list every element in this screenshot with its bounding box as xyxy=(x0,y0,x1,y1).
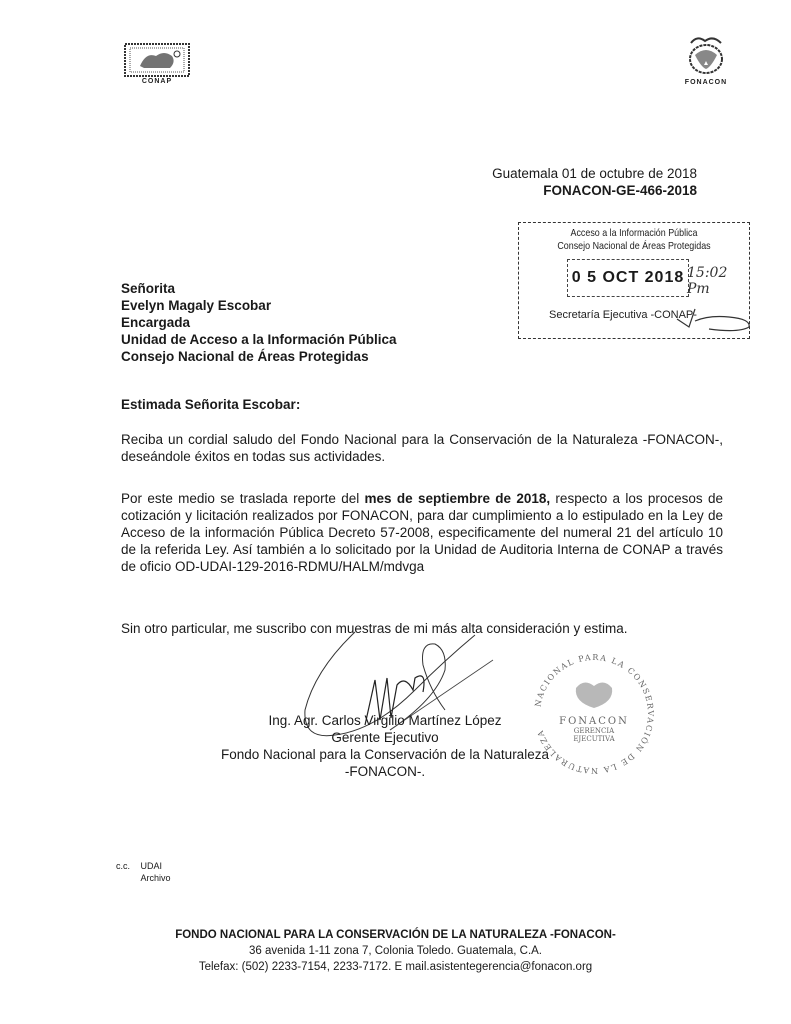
conap-logo-icon xyxy=(122,42,192,78)
stamp-line-2: Consejo Nacional de Áreas Protegidas xyxy=(536,240,732,253)
conap-logo: CONAP xyxy=(122,42,192,90)
seal-icon: NACIONAL PARA LA CONSERVACIÓN DE LA NATU… xyxy=(528,648,660,780)
recipient-position: Encargada xyxy=(121,314,397,331)
cc-item-udai: UDAI xyxy=(141,860,171,872)
footer-address: 36 avenida 1-11 zona 7, Colonia Toledo. … xyxy=(0,943,791,959)
stamp-initials-icon xyxy=(669,301,754,333)
document-reference: FONACON-GE-466-2018 xyxy=(492,182,697,199)
recipient-organization: Consejo Nacional de Áreas Protegidas xyxy=(121,348,397,365)
fonacon-logo-caption: FONACON xyxy=(675,79,737,86)
fonacon-logo: FONACON xyxy=(675,33,737,91)
svg-text:NACIONAL PARA LA CONSERVACIÓN: NACIONAL PARA LA CONSERVACIÓN DE LA NATU… xyxy=(533,653,655,775)
recipient-block: Señorita Evelyn Magaly Escobar Encargada… xyxy=(121,280,397,365)
paragraph-2-intro: Por este medio se traslada reporte del xyxy=(121,491,365,506)
fonacon-seal: NACIONAL PARA LA CONSERVACIÓN DE LA NATU… xyxy=(528,648,660,780)
recipient-name: Evelyn Magaly Escobar xyxy=(121,297,397,314)
signer-position: Gerente Ejecutivo xyxy=(205,729,565,746)
stamp-handwritten-time: 15:02 Pm xyxy=(687,265,749,297)
seal-ring-text: NACIONAL PARA LA CONSERVACIÓN DE LA NATU… xyxy=(533,653,655,775)
salutation: Estimada Señorita Escobar: xyxy=(121,397,300,412)
body-paragraph-2: Por este medio se traslada reporte del m… xyxy=(121,490,723,575)
stamp-date: 0 5 OCT 2018 xyxy=(567,259,689,297)
signer-organization: Fondo Nacional para la Conservación de l… xyxy=(205,746,565,763)
received-stamp: Acceso a la Información Pública Consejo … xyxy=(518,222,750,339)
place-date: Guatemala 01 de octubre de 2018 xyxy=(492,165,697,182)
fonacon-logo-icon xyxy=(675,33,737,79)
signer-name: Ing. Agr. Carlos Virgilio Martínez López xyxy=(205,712,565,729)
footer-title: FONDO NACIONAL PARA LA CONSERVACIÓN DE L… xyxy=(0,927,791,943)
cc-item-archivo: Archivo xyxy=(141,872,171,884)
body-paragraph-1: Reciba un cordial saludo del Fondo Nacio… xyxy=(121,431,723,465)
seal-title: FONACON xyxy=(528,716,660,727)
conap-logo-caption: CONAP xyxy=(122,78,192,85)
dateline: Guatemala 01 de octubre de 2018 FONACON-… xyxy=(492,165,697,199)
signer-acronym: -FONACON-. xyxy=(205,763,565,780)
letterhead-footer: FONDO NACIONAL PARA LA CONSERVACIÓN DE L… xyxy=(0,927,791,975)
seal-sub-1: GERENCIA xyxy=(528,727,660,735)
footer-contact: Telefax: (502) 2233-7154, 2233-7172. E m… xyxy=(0,959,791,975)
paragraph-2-period: mes de septiembre de 2018, xyxy=(365,491,551,506)
seal-sub-2: EJECUTIVA xyxy=(528,735,660,743)
recipient-title: Señorita xyxy=(121,280,397,297)
stamp-line-1: Acceso a la Información Pública xyxy=(536,227,732,240)
recipient-unit: Unidad de Acceso a la Información Públic… xyxy=(121,331,397,348)
signature-block: Ing. Agr. Carlos Virgilio Martínez López… xyxy=(205,712,565,780)
carbon-copy: c.c. UDAI Archivo xyxy=(116,860,171,884)
cc-label: c.c. xyxy=(116,861,130,871)
